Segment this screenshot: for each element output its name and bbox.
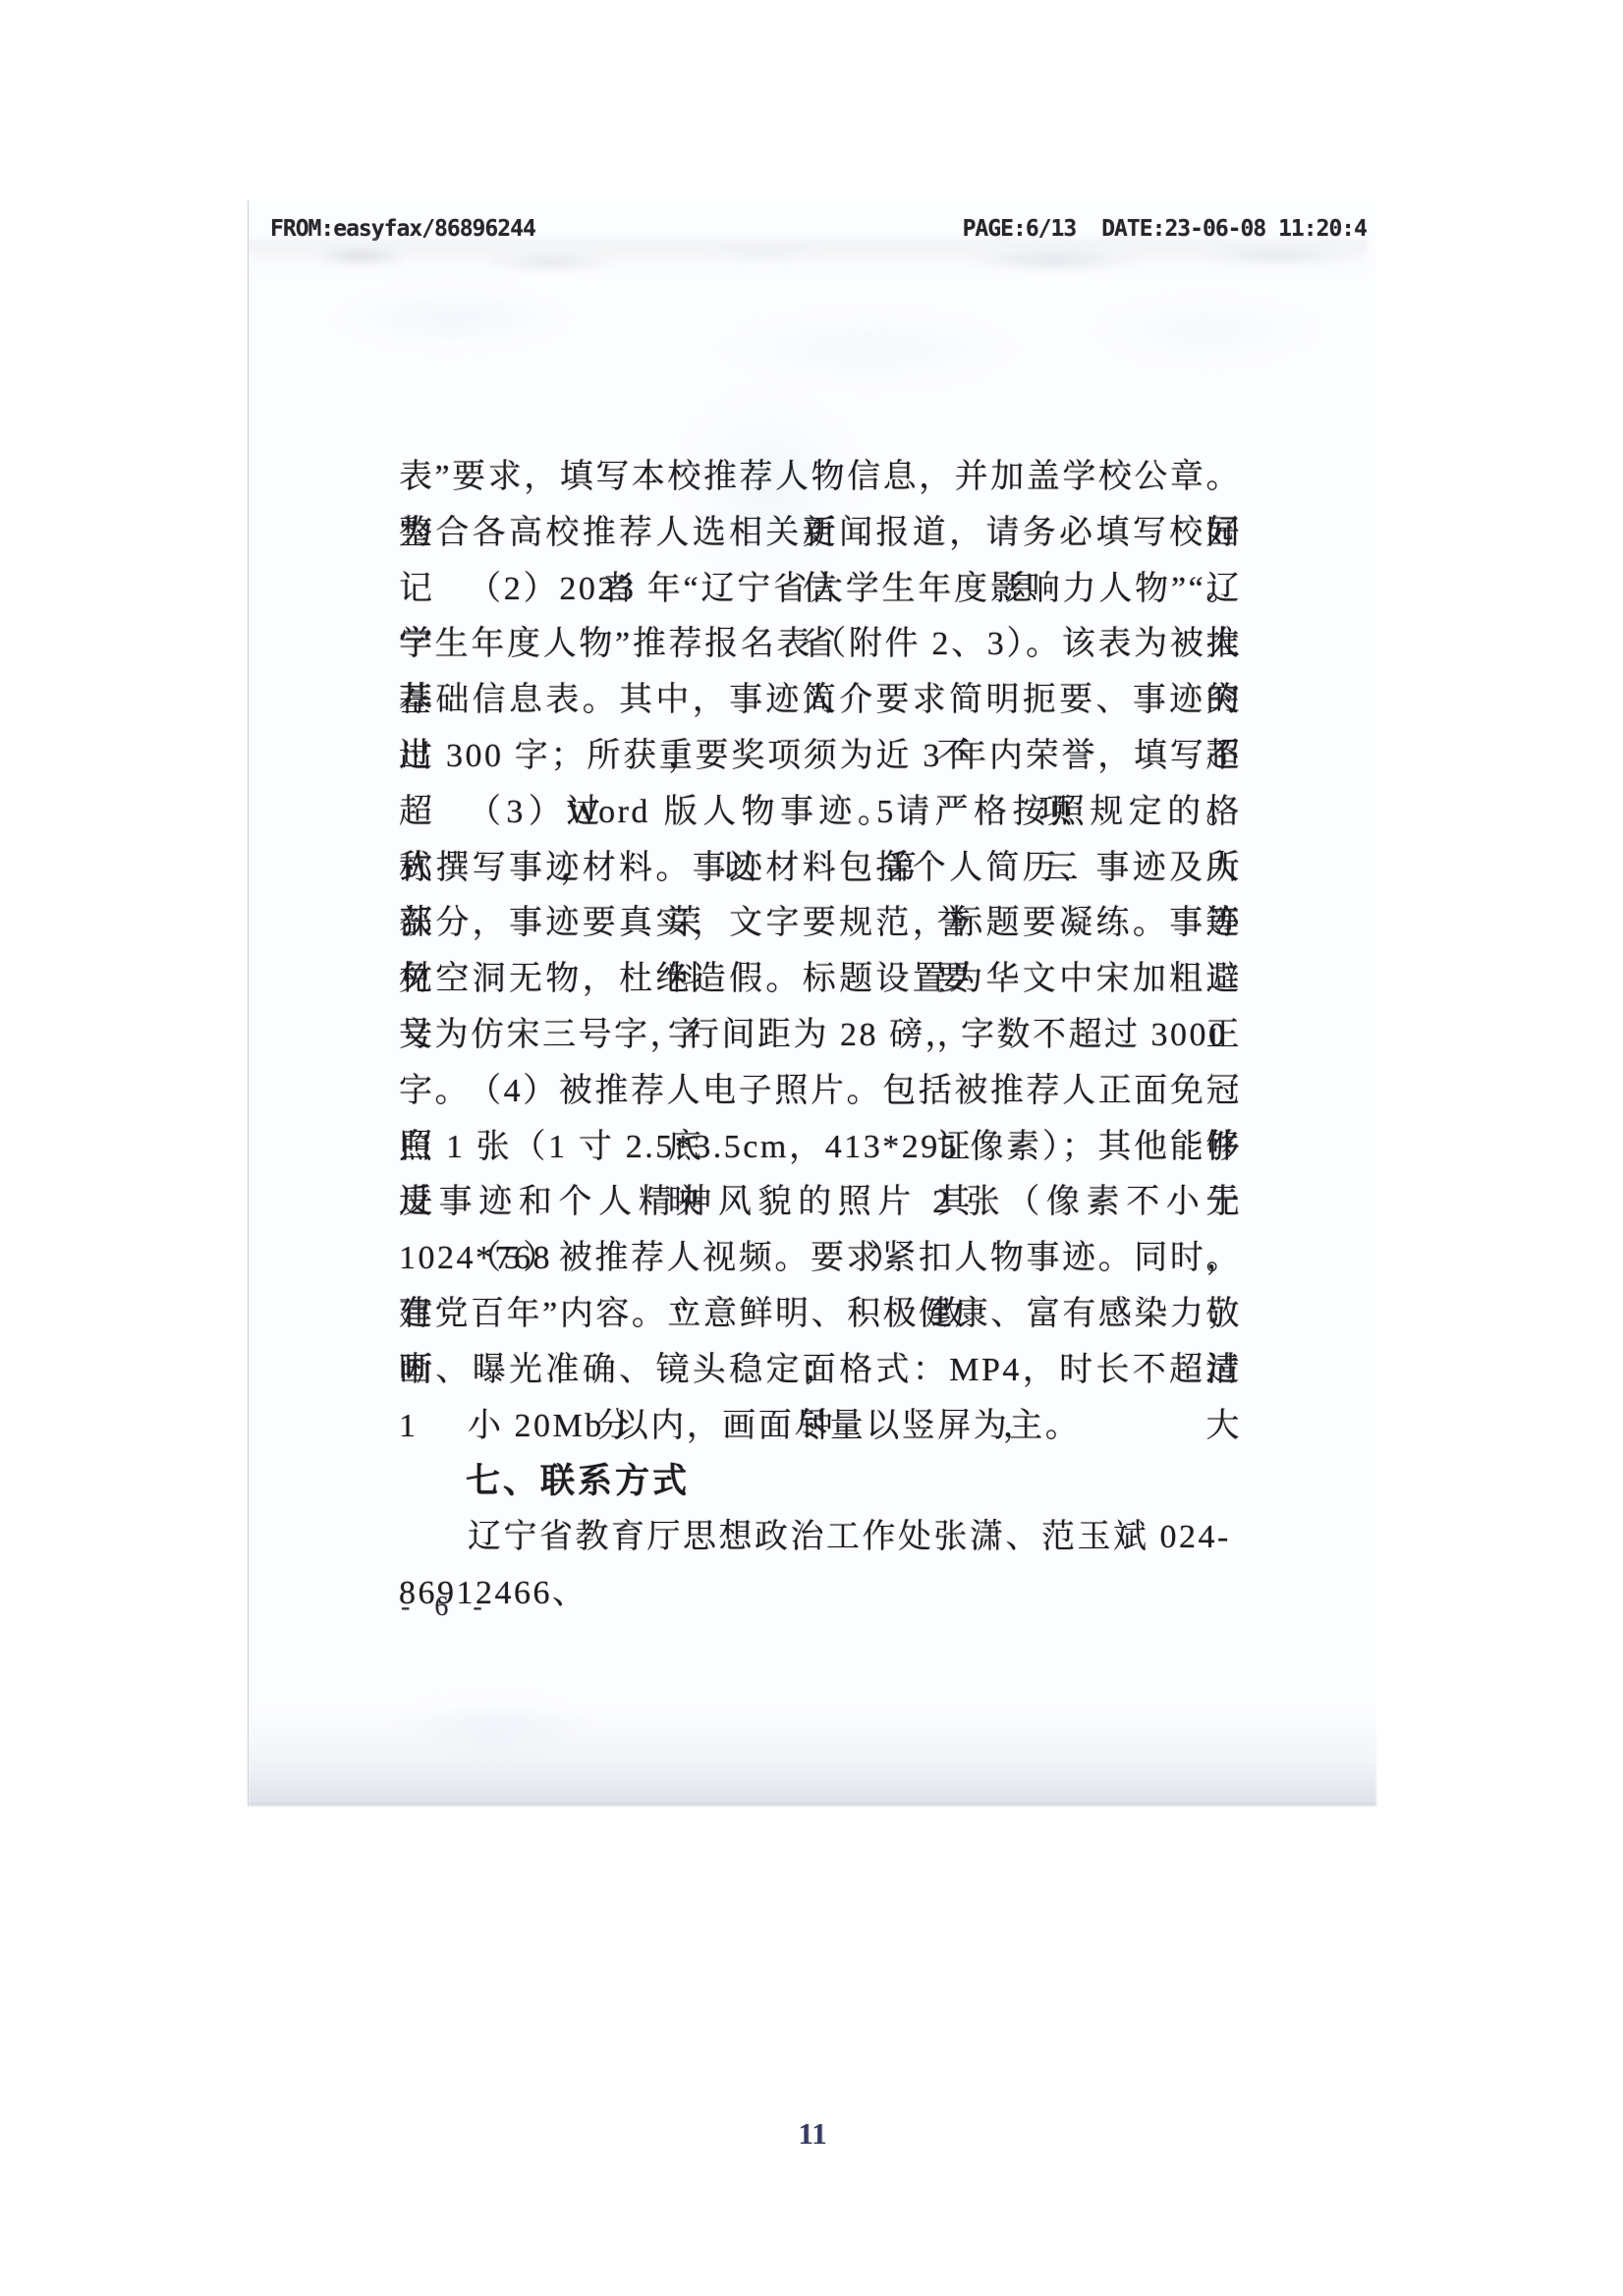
document-body: 表”要求，填写本校推荐人物信息，并加盖学校公章。为更好 整合各高校推荐人选相关新… [399,450,1242,1566]
body-line: （2）2023 年“辽宁省大学生年度影响力人物”“辽宁省大 [399,562,1242,618]
body-line: （3）Word 版人物事迹。请严格按照规定的格式，以第三人 [399,785,1242,841]
fax-header: FROM:easyfax/86896244 PAGE:6/13DATE:23-0… [270,216,1367,242]
body-line: 辽宁省教育厅思想政治工作处张潇、范玉斌 024-86912466、 [399,1510,1242,1566]
fax-page: FROM:easyfax/86896244 PAGE:6/13DATE:23-0… [248,200,1376,1806]
fax-scan-canvas: FROM:easyfax/86896244 PAGE:6/13DATE:23-0… [0,0,1623,2296]
body-line: 文为仿宋三号字，行间距为 28 磅，字数不超过 3000 字。 [399,1008,1242,1064]
body-line: 过 300 字；所获重要奖项须为近 3 年内荣誉，填写不超过 5 项。 [399,729,1242,785]
body-line: 免空洞无物，杜绝造假。标题设置为华文中宋加粗二号字，正 [399,952,1242,1008]
body-line: 照 1 张（1 寸 2.5*3.5cm，413*295 像素）；其他能够反映其先 [399,1120,1242,1176]
section-heading: 七、联系方式 [399,1454,1242,1510]
body-line: 基础信息表。其中，事迹简介要求简明扼要、事迹突出，不超 [399,673,1242,729]
body-line: 称撰写事迹材料。事迹材料包括个人简历、事迹及所获荣誉等 [399,841,1242,897]
body-line: 部分，事迹要真实，文字要规范，标题要凝练。事迹材料要避 [399,896,1242,952]
fax-date-label: DATE:23-06-08 11:20:4 [1101,216,1367,242]
body-line: （5）被推荐人视频。要求紧扣人物事迹。同时，有“致敬 [399,1231,1242,1287]
body-line: （4）被推荐人电子照片。包括被推荐人正面免冠白底证件 [399,1064,1242,1120]
fax-page-label: PAGE:6/13 [963,216,1077,242]
body-line: 进事迹和个人精神风貌的照片 2 张（像素不小于 1024*768）。 [399,1175,1242,1231]
sheet-page-number: 11 [778,2114,847,2154]
fax-page-date-group: PAGE:6/13DATE:23-06-08 11:20:4 [937,216,1367,242]
body-line: 学生年度人物”推荐报名表（附件 2、3）。该表为被推荐人的 [399,617,1242,673]
document-page-number: - 6 - [401,1590,490,1625]
body-line: 建党百年”内容。立意鲜明、积极健康、富有感染力；画面清 [399,1287,1242,1343]
body-line: 表”要求，填写本校推荐人物信息，并加盖学校公章。为更好 [399,450,1242,506]
fax-from-label: FROM:easyfax/86896244 [270,216,535,242]
body-line: 整合各高校推荐人选相关新闻报道，请务必填写校园记者信息。 [399,506,1242,562]
body-line: 晰、曝光准确、镜头稳定；格式：MP4，时长不超过 1 分钟，大 [399,1343,1242,1399]
scan-noise-band-top [249,240,1367,277]
scan-bottom-edge [249,1710,1376,1806]
